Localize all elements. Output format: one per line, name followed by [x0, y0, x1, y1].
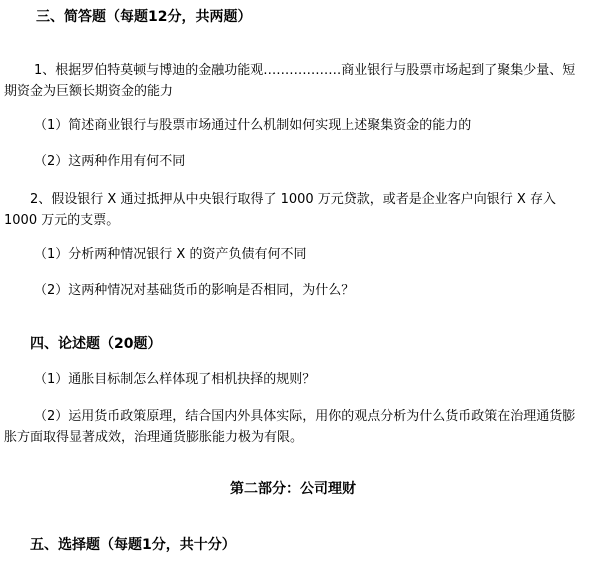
section5-heading: 五、选择题（每题1分，共十分）: [30, 537, 236, 553]
section4-heading: 四、论述题（20题）: [30, 336, 161, 352]
section4-sub1: （1）通胀目标制怎么样体现了相机抉择的规则？: [34, 372, 315, 388]
q1-text: 1、根据罗伯特莫顿与博迪的金融功能观………………商业银行与股票市场起到了聚集少量…: [4, 60, 588, 102]
q1-sub1: （1）简述商业银行与股票市场通过什么机制如何实现上述聚集资金的能力的: [34, 118, 471, 134]
q2-sub2: （2）这两种情况对基础货币的影响是否相同，为什么？: [34, 283, 354, 299]
q1-sub2: （2）这两种作用有何不同: [34, 154, 185, 170]
q2-sub1: （1）分析两种情况银行 X 的资产负债有何不同: [34, 247, 306, 263]
part2-title: 第二部分：公司理财: [230, 481, 356, 497]
section3-heading: 三、简答题（每题12分，共两题）: [36, 9, 251, 25]
q2-text: 2、假设银行 X 通过抵押从中央银行取得了 1000 万元贷款，或者是企业客户向…: [4, 189, 588, 231]
section4-sub2: （2）运用货币政策原理，结合国内外具体实际，用你的观点分析为什么货币政策在治理通…: [4, 406, 588, 448]
